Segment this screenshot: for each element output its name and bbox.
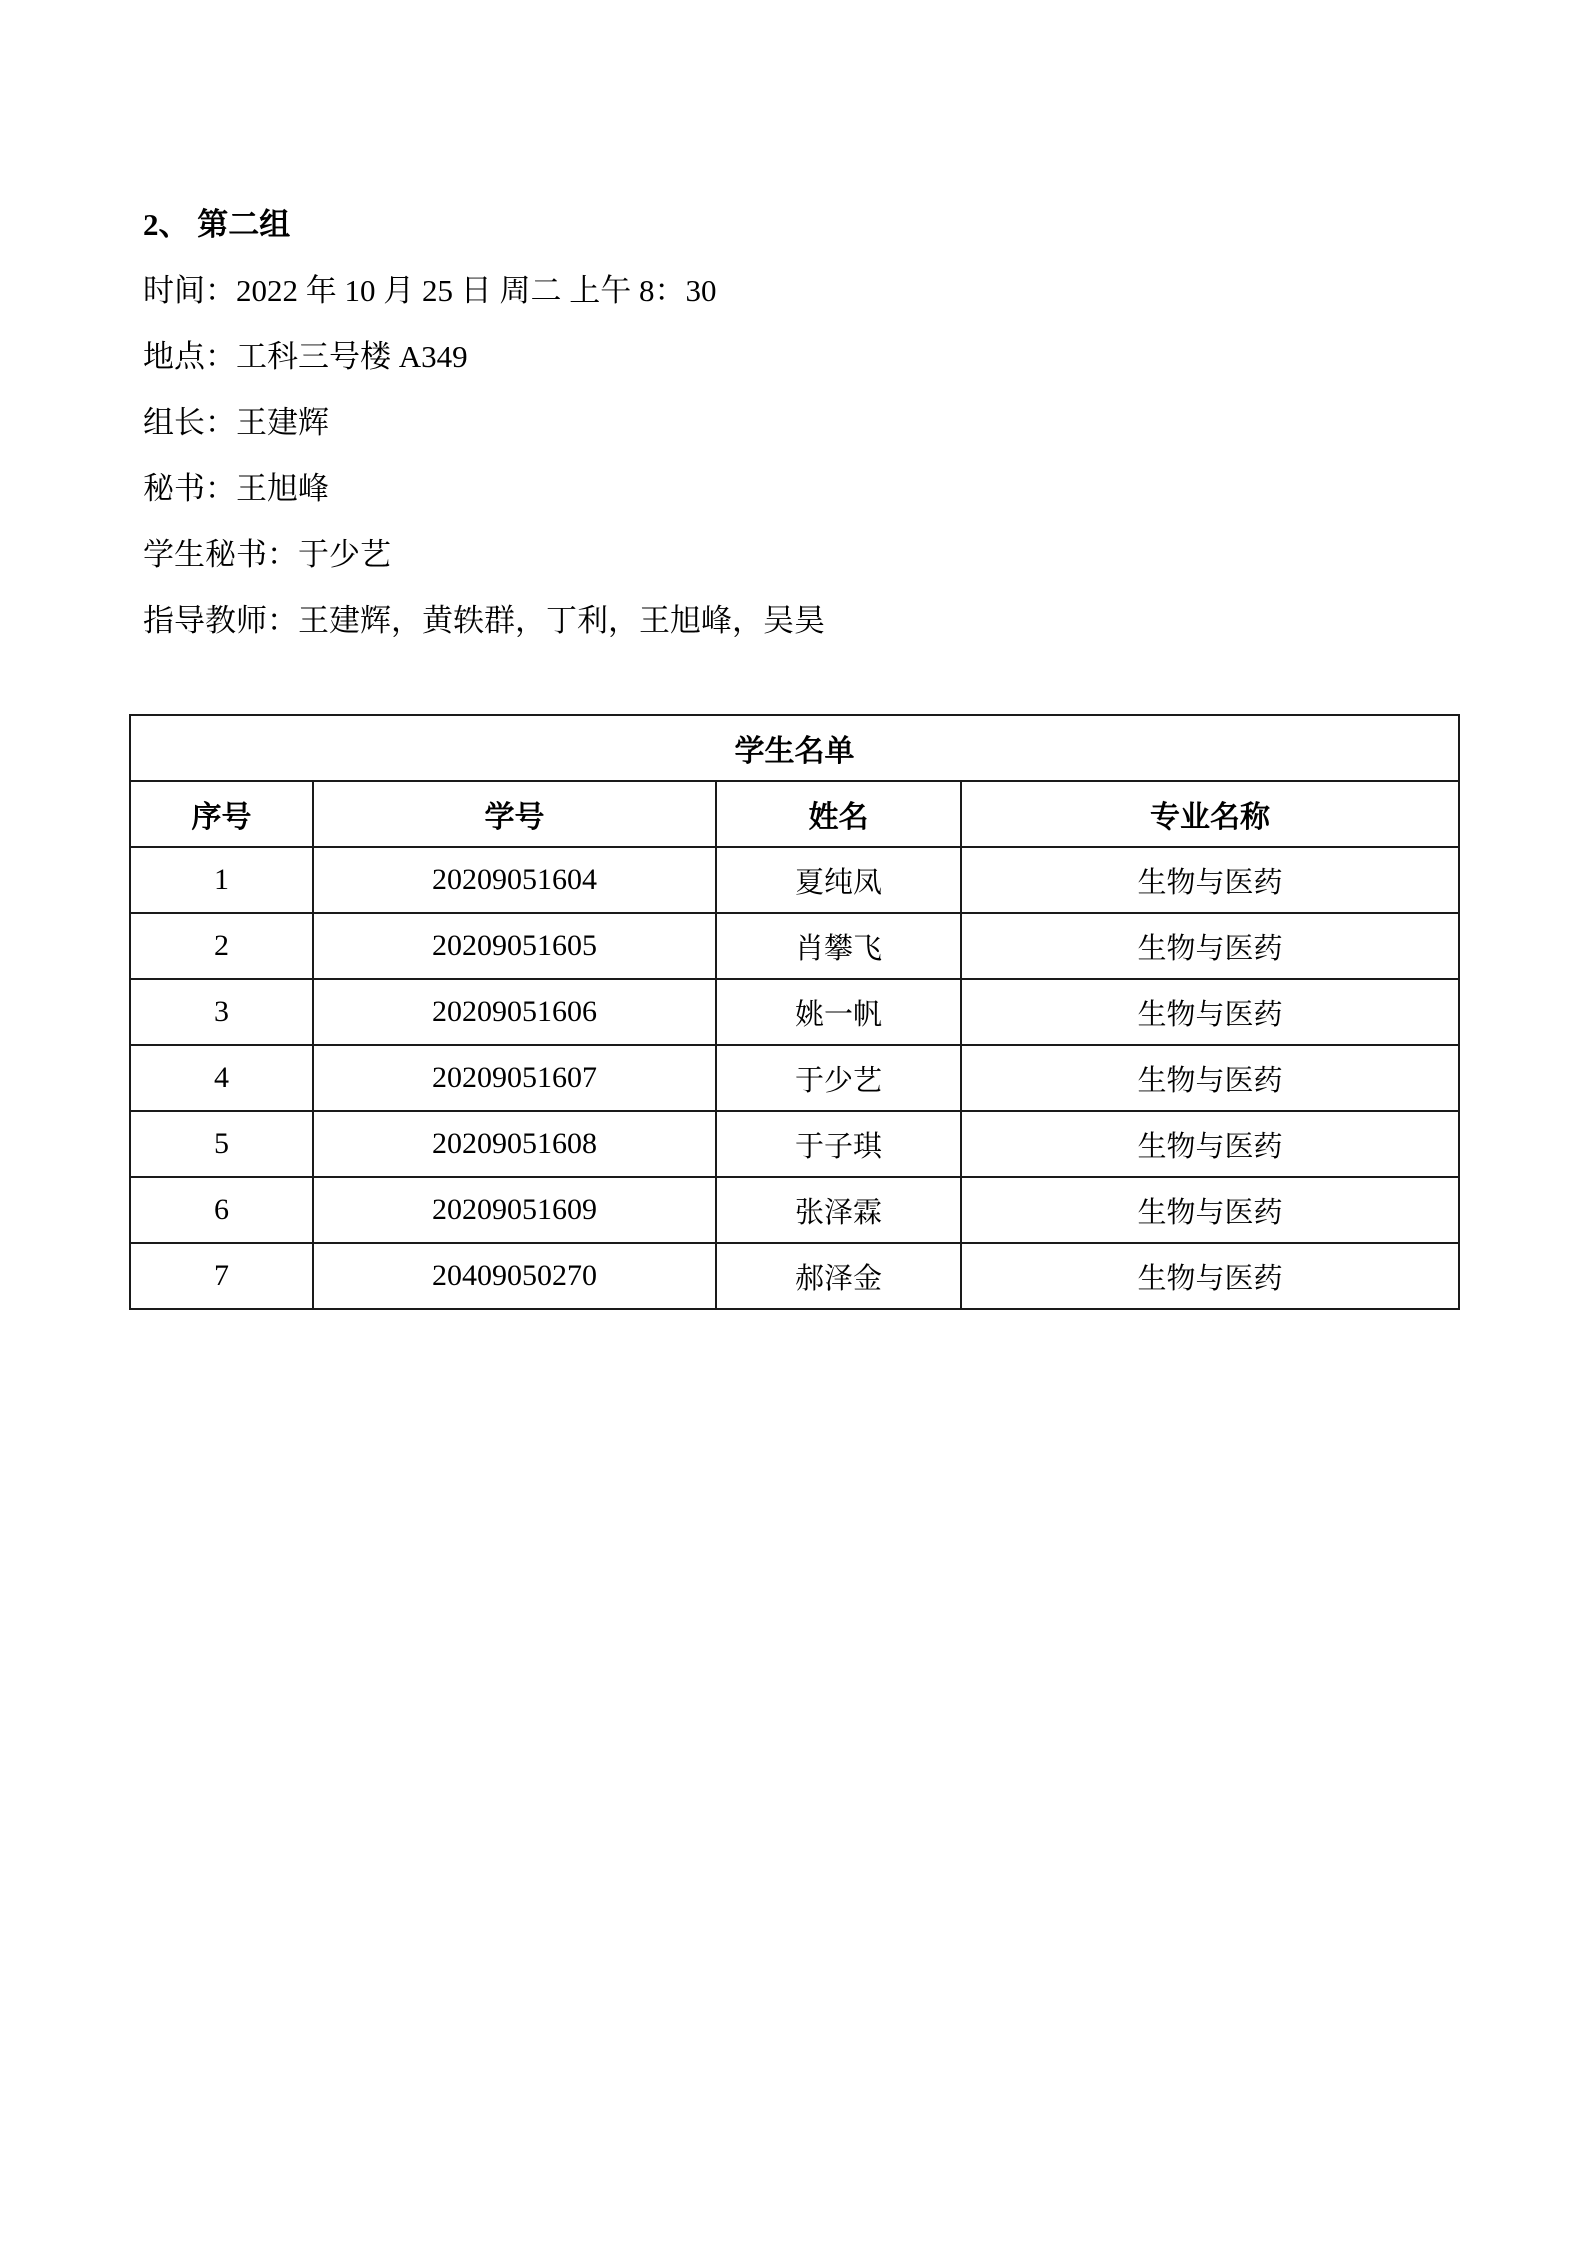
cell-name: 于子琪: [716, 1111, 961, 1177]
table-title: 学生名单: [130, 715, 1459, 781]
cell-major: 生物与医药: [961, 1177, 1459, 1243]
cell-name: 郝泽金: [716, 1243, 961, 1309]
cell-major: 生物与医药: [961, 1111, 1459, 1177]
info-group-leader: 组长：王建辉: [143, 403, 329, 443]
cell-index: 4: [130, 1045, 313, 1111]
cell-index: 6: [130, 1177, 313, 1243]
column-header-major: 专业名称: [961, 781, 1459, 847]
cell-name: 于少艺: [716, 1045, 961, 1111]
cell-name: 姚一帆: [716, 979, 961, 1045]
cell-name: 张泽霖: [716, 1177, 961, 1243]
cell-student-id: 20209051607: [313, 1045, 716, 1111]
info-label: 秘书：: [143, 471, 236, 506]
cell-student-id: 20209051608: [313, 1111, 716, 1177]
cell-name: 夏纯凤: [716, 847, 961, 913]
cell-student-id: 20209051609: [313, 1177, 716, 1243]
table-row: 5 20209051608 于子琪 生物与医药: [130, 1111, 1459, 1177]
info-student-secretary: 学生秘书：于少艺: [143, 535, 391, 575]
column-header-index: 序号: [130, 781, 313, 847]
table-row: 1 20209051604 夏纯凤 生物与医药: [130, 847, 1459, 913]
info-value: 王旭峰: [236, 471, 329, 506]
info-label: 地点：: [143, 339, 236, 374]
info-value: 工科三号楼 A349: [236, 339, 468, 374]
table-title-row: 学生名单: [130, 715, 1459, 781]
cell-major: 生物与医药: [961, 979, 1459, 1045]
cell-index: 2: [130, 913, 313, 979]
cell-student-id: 20209051605: [313, 913, 716, 979]
cell-name: 肖攀飞: [716, 913, 961, 979]
info-time: 时间：2022 年 10 月 25 日 周二 上午 8：30: [143, 271, 717, 311]
info-value: 2022 年 10 月 25 日 周二 上午 8：30: [236, 273, 717, 308]
info-value: 王建辉，黄轶群，丁利，王旭峰，吴昊: [298, 603, 825, 638]
info-secretary: 秘书：王旭峰: [143, 469, 329, 509]
cell-index: 7: [130, 1243, 313, 1309]
table-header-row: 序号 学号 姓名 专业名称: [130, 781, 1459, 847]
document-page: 2、 第二组 时间：2022 年 10 月 25 日 周二 上午 8：30 地点…: [0, 0, 1587, 2245]
info-label: 时间：: [143, 273, 236, 308]
table-row: 3 20209051606 姚一帆 生物与医药: [130, 979, 1459, 1045]
info-label: 组长：: [143, 405, 236, 440]
info-value: 王建辉: [236, 405, 329, 440]
table-row: 2 20209051605 肖攀飞 生物与医药: [130, 913, 1459, 979]
cell-major: 生物与医药: [961, 913, 1459, 979]
section-heading: 2、 第二组: [143, 205, 290, 245]
table-row: 7 20409050270 郝泽金 生物与医药: [130, 1243, 1459, 1309]
student-roster-table: 学生名单 序号 学号 姓名 专业名称 1 20209051604 夏纯凤 生物与…: [129, 714, 1460, 1310]
column-header-name: 姓名: [716, 781, 961, 847]
info-value: 于少艺: [298, 537, 391, 572]
table-row: 4 20209051607 于少艺 生物与医药: [130, 1045, 1459, 1111]
info-location: 地点：工科三号楼 A349: [143, 337, 468, 377]
cell-major: 生物与医药: [961, 1243, 1459, 1309]
cell-student-id: 20209051604: [313, 847, 716, 913]
info-label: 指导教师：: [143, 603, 298, 638]
cell-index: 3: [130, 979, 313, 1045]
cell-student-id: 20409050270: [313, 1243, 716, 1309]
info-advisors: 指导教师：王建辉，黄轶群，丁利，王旭峰，吴昊: [143, 601, 825, 641]
cell-major: 生物与医药: [961, 1045, 1459, 1111]
table-row: 6 20209051609 张泽霖 生物与医药: [130, 1177, 1459, 1243]
info-label: 学生秘书：: [143, 537, 298, 572]
column-header-student-id: 学号: [313, 781, 716, 847]
cell-major: 生物与医药: [961, 847, 1459, 913]
cell-index: 1: [130, 847, 313, 913]
cell-index: 5: [130, 1111, 313, 1177]
cell-student-id: 20209051606: [313, 979, 716, 1045]
